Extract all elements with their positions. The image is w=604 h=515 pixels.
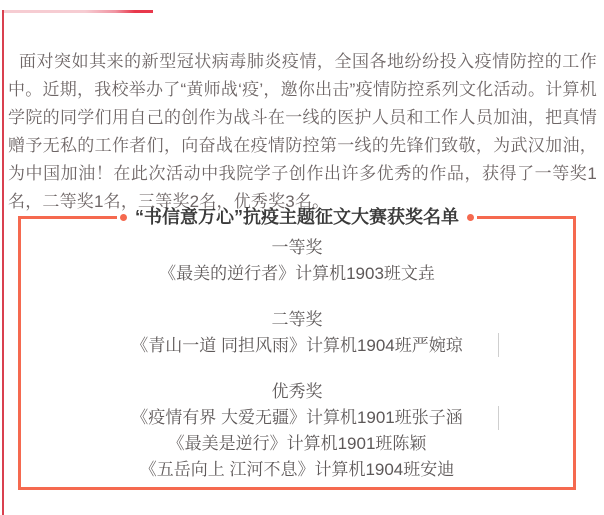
award-entry: 《最美是逆行》计算机1901班陈颖	[29, 431, 565, 457]
left-accent-border	[2, 10, 4, 515]
award-level-label: 二等奖	[29, 307, 565, 333]
top-accent-line	[2, 10, 153, 13]
award-entry: 《最美的逆行者》计算机1903班文垚	[29, 261, 565, 287]
cell-border-artifact	[498, 333, 499, 357]
award-box-header: “书信意万心”抗疫主题征文大赛获奖名单	[18, 206, 576, 228]
header-line-left	[18, 216, 117, 219]
bullet-dot-right	[467, 214, 474, 221]
award-group-first-prize: 一等奖 《最美的逆行者》计算机1903班文垚	[29, 235, 565, 287]
award-group-excellence-prize: 优秀奖 《疫情有界 大爱无疆》计算机1901班张子涵 《最美是逆行》计算机190…	[29, 379, 565, 483]
award-list: 一等奖 《最美的逆行者》计算机1903班文垚 二等奖 《青山一道 同担风雨》计算…	[21, 218, 573, 483]
award-list-box: “书信意万心”抗疫主题征文大赛获奖名单 一等奖 《最美的逆行者》计算机1903班…	[18, 218, 576, 490]
cell-border-artifact	[498, 406, 499, 430]
header-line-right	[477, 216, 576, 219]
award-entry: 《五岳向上 江河不息》计算机1904班安迪	[29, 457, 565, 483]
award-entry: 《青山一道 同担风雨》计算机1904班严婉琼	[29, 333, 565, 359]
award-box-title: “书信意万心”抗疫主题征文大赛获奖名单	[130, 206, 464, 228]
award-level-label: 优秀奖	[29, 379, 565, 405]
intro-paragraph: 面对突如其来的新型冠状病毒肺炎疫情，全国各地纷纷投入疫情防控的工作中。近期，我校…	[8, 48, 597, 216]
award-group-second-prize: 二等奖 《青山一道 同担风雨》计算机1904班严婉琼	[29, 307, 565, 359]
award-level-label: 一等奖	[29, 235, 565, 261]
award-entry: 《疫情有界 大爱无疆》计算机1901班张子涵	[29, 405, 565, 431]
bullet-dot-left	[120, 214, 127, 221]
